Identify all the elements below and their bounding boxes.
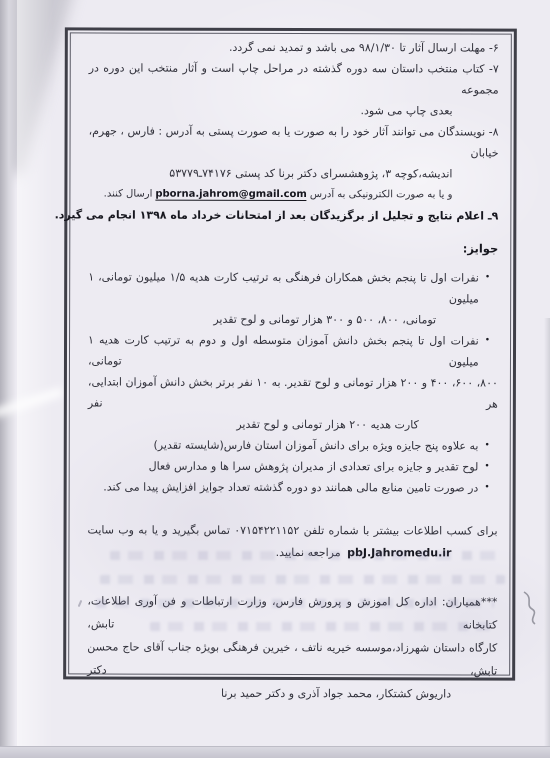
contact-line-1: برای کسب اطلاعات بیشتر با شماره تلفن ۰۷۱… [88,519,498,541]
prize-bullet-1-line-1: نفرات اول تا پنجم بخش همکاران فرهنگی به … [88,266,479,309]
bullet-icon: • [485,268,490,289]
notice-item-7-line-1: ۷- کتاب منتخب داستان سه دوره گذشته در مر… [89,57,499,100]
notice-item-8-line-1: ۸- نویسندگان می توانند آثار خود را به صو… [89,120,499,163]
sponsors-line-2: کارگاه داستان شهرزاد،موسسه خیریه ناتف ، … [87,635,497,682]
prize-bullet-4-text: لوح تقدیر و جایزه برای تعدادی از مدیران … [88,455,479,477]
prize-bullet-1: • نفرات اول تا پنجم بخش همکاران فرهنگی ب… [88,266,498,309]
prize-bullet-5-text: در صورت تامین منابع مالی همانند دو دوره … [88,476,479,498]
notice-item-7-line-2: بعدی چاپ می شود. [89,99,499,121]
prize-bullet-1-line-2: تومانی، ۸۰۰، ۵۰۰ و ۳۰۰ هزار تومانی و لوح… [88,308,498,330]
paper-fold-highlight [17,0,53,758]
prize-bullet-2-line-3: کارت هدیه ۲۰۰ هزار تومانی و لوح تقدیر [88,413,498,435]
scan-edge-right [544,318,550,747]
scan-edge-bottom [0,747,550,758]
prize-bullet-2-line-2: ۸۰۰، ۶۰۰، ۴۰۰ و ۲۰۰ هزار تومانی و لوح تق… [88,371,498,414]
scanned-document-page: ۶- مهلت ارسال آثار تا ۹۸/۱/۳۰ می باشد و … [0,0,550,758]
bullet-icon: • [485,331,490,352]
bullet-icon: • [484,436,489,457]
sponsors-line-3: داریوش کشتکار، محمد جواد آذری و دکتر حمی… [87,681,497,705]
email-line-suffix: ارسال کنند. [104,189,153,200]
prize-bullet-5: • در صورت تامین منابع مالی همانند دو دور… [88,476,498,498]
notice-item-6: ۶- مهلت ارسال آثار تا ۹۸/۱/۳۰ می باشد و … [89,36,499,58]
bleed-through-text-row [96,599,494,608]
prize-bullet-2: • نفرات اول تا پنجم بخش دانش آموزان متوس… [88,329,498,372]
bleed-through-text-row [110,551,505,560]
bleed-through-text-row [100,575,505,584]
notice-item-8-line-3: و یا به صورت الکترونیکی به آدرسpborna.ja… [88,183,498,205]
prize-bullet-2-line-1: نفرات اول تا پنجم بخش دانش آموزان متوسطه… [88,329,479,372]
prize-bullet-4: • لوح تقدیر و جایزه برای تعدادی از مدیرا… [88,455,498,477]
bullet-icon: • [484,457,489,478]
notice-item-9: ۹ـ اعلام نتایج و تجلیل از برگزیدگان بعد … [88,204,498,226]
email-text: pborna.jahrom@gmail.com [155,189,307,201]
scan-edge-left [0,0,16,758]
prizes-list: • نفرات اول تا پنجم بخش همکاران فرهنگی ب… [88,266,499,498]
prizes-heading: جوایز: [88,237,498,259]
pen-mark-squiggle [518,590,548,626]
bullet-icon: • [484,478,489,499]
prize-bullet-3-text: به علاوه پنج جایزه ویژه برای دانش آموزان… [88,434,479,456]
prize-bullet-3: • به علاوه پنج جایزه ویژه برای دانش آموز… [88,434,498,456]
email-line-prefix: و یا به صورت الکترونیکی به آدرس [310,189,453,200]
bleed-through-text-row [150,622,490,631]
notice-item-8-line-2: اندیشه،کوچه ۳، پژوهشسرای دکتر برنا کد پس… [88,162,498,184]
